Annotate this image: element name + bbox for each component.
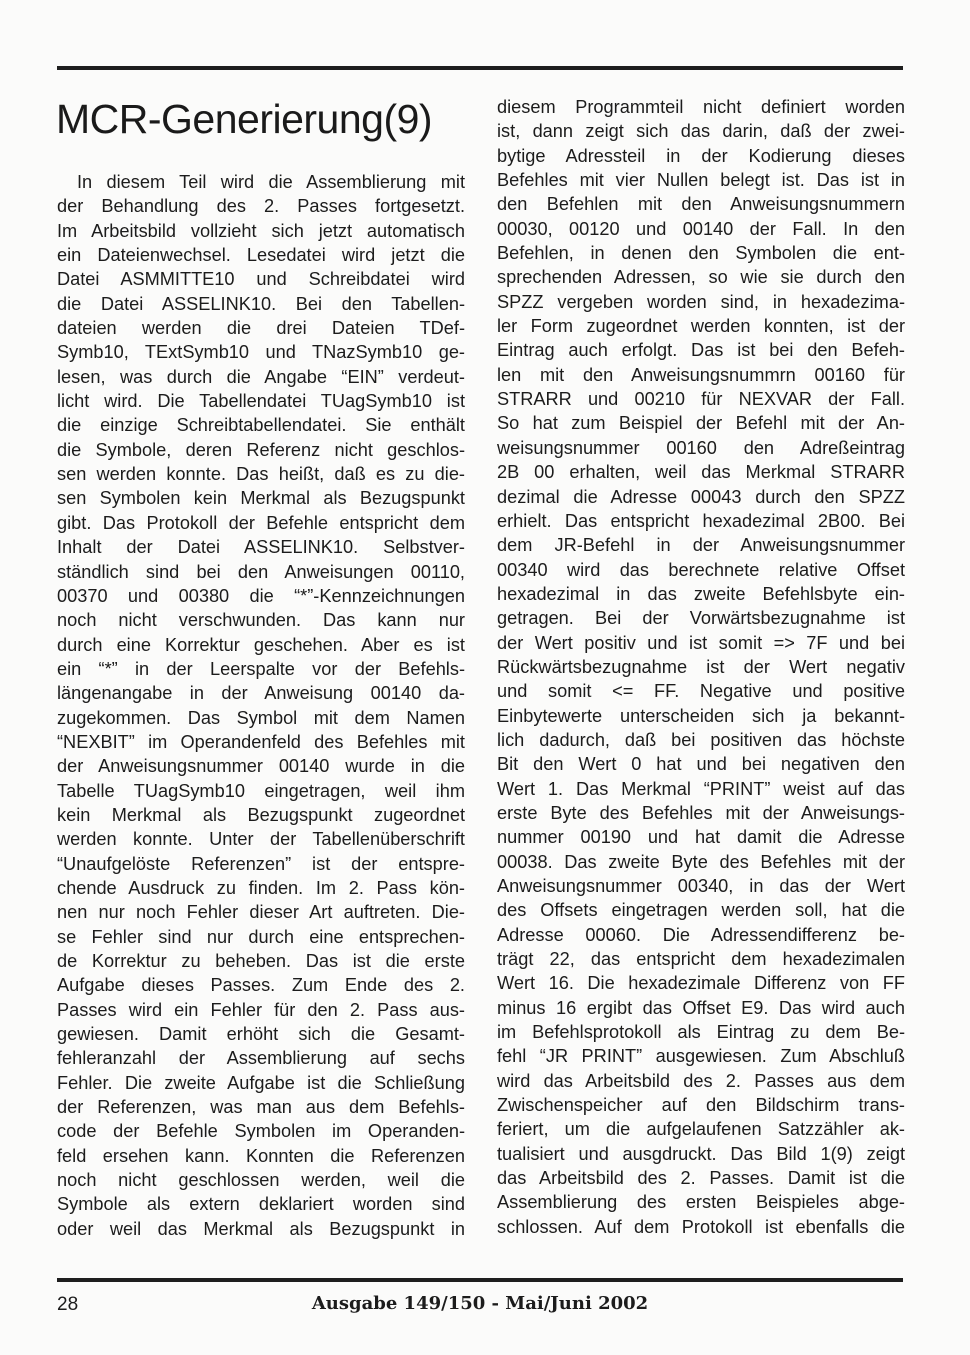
text-line: weisungsnummer 00160 den Adreßeintrag — [497, 436, 905, 460]
text-line: licht wird. Die Tabellendatei TUagSymb10… — [57, 389, 465, 413]
text-line: der Wert positiv und ist somit => 7F und… — [497, 631, 905, 655]
text-line: feld ersehen kann. Konnten die Referenze… — [57, 1144, 465, 1168]
text-line: dateien werden die drei Dateien TDef- — [57, 316, 465, 340]
text-line: 00030, 00120 und 00140 der Fall. In den — [497, 217, 905, 241]
text-line: kein Merkmal als Bezugspunkt zugeordnet — [57, 803, 465, 827]
text-line: Symbole als extern deklariert worden sin… — [57, 1192, 465, 1216]
text-line: Eintrag auch erfolgt. Das ist bei den Be… — [497, 338, 905, 362]
text-line: dezimal die Adresse 00043 durch den SPZZ — [497, 485, 905, 509]
text-line: ler Form zugeordnet werden konnten, ist … — [497, 314, 905, 338]
text-line: durch eine Korrektur geschehen. Aber es … — [57, 633, 465, 657]
text-line: die einzige Schreibtabellendatei. Sie en… — [57, 413, 465, 437]
article-title: MCR-Generierung(9) — [56, 94, 432, 144]
footer-rule — [57, 1278, 903, 1282]
text-line: lesen, was durch die Angabe “EIN” verdeu… — [57, 365, 465, 389]
text-line: die Datei ASSELINK10. Bei den Tabellen- — [57, 292, 465, 316]
text-line: lich dadurch, daß bei positiven das höch… — [497, 728, 905, 752]
text-line: len mit den Anweisungsnummrn 00160 für — [497, 363, 905, 387]
text-line: Anweisungsnummer 00340, in das der Wert — [497, 874, 905, 898]
text-line: Wert 16. Die hexadezimale Differenz von … — [497, 971, 905, 995]
text-line: ist, dann zeigt sich das darin, daß der … — [497, 119, 905, 143]
text-line: feriert, um die aufgelaufenen Satzzähler… — [497, 1117, 905, 1141]
text-line: SPZZ vergeben worden sind, in hexadezima… — [497, 290, 905, 314]
text-line: diesem Programmteil nicht definiert word… — [497, 95, 905, 119]
text-line: 00038. Das zweite Byte des Befehles mit … — [497, 850, 905, 874]
text-line: Rückwärtsbezugnahme ist der Wert negativ — [497, 655, 905, 679]
text-line: “Unaufgelöste Referenzen” ist der entspr… — [57, 852, 465, 876]
text-line: 00370 und 00380 die “*”-Kennzeichnungen — [57, 584, 465, 608]
text-line: Assemblierung des ersten Beispieles abge… — [497, 1190, 905, 1214]
text-line: Fehler. Die zweite Aufgabe ist die Schli… — [57, 1071, 465, 1095]
text-line: hexadezimal in das zweite Befehlsbyte ei… — [497, 582, 905, 606]
text-line: schlossen. Auf dem Protokoll ist ebenfal… — [497, 1215, 905, 1239]
text-line: das Arbeitsbild des 2. Passes. Damit ist… — [497, 1166, 905, 1190]
text-line: sen werden konnte. Das heißt, daß es zu … — [57, 462, 465, 486]
text-line: fehleranzahl der Assemblierung auf sechs — [57, 1046, 465, 1070]
text-line: wird das Arbeitsbild des 2. Passes aus d… — [497, 1069, 905, 1093]
text-line: Symb10, TExtSymb10 und TNazSymb10 ge- — [57, 340, 465, 364]
text-line: Passes wird ein Fehler für den 2. Pass a… — [57, 998, 465, 1022]
text-line: code der Befehle Symbolen im Operanden- — [57, 1119, 465, 1143]
text-line: Im Arbeitsbild vollzieht sich jetzt auto… — [57, 219, 465, 243]
text-line: noch nicht verschwunden. Das kann nur — [57, 608, 465, 632]
left-column: In diesem Teil wird die Assemblierung mi… — [57, 170, 465, 1241]
text-line: Aufgabe dieses Passes. Zum Ende des 2. — [57, 973, 465, 997]
text-line: Befehlen, in denen den Symbolen die ent- — [497, 241, 905, 265]
issue-label: Ausgabe 149/150 - Mai/Juni 2002 — [290, 1292, 670, 1316]
text-line: getragen. Bei der Vorwärtsbezugnahme ist — [497, 606, 905, 630]
text-line: fehl “JR PRINT” ausgewiesen. Zum Abschlu… — [497, 1044, 905, 1068]
text-line: gewiesen. Damit erhöht sich die Gesamt- — [57, 1022, 465, 1046]
text-line: chende Ausdruck zu finden. Im 2. Pass kö… — [57, 876, 465, 900]
text-line: die Symbole, deren Referenz nicht geschl… — [57, 438, 465, 462]
text-line: Tabelle TUagSymb10 eingetragen, weil ihm — [57, 779, 465, 803]
text-line: im Befehlsprotokoll als Eintrag zu dem B… — [497, 1020, 905, 1044]
text-line: ein “*” in der Leerspalte vor der Befehl… — [57, 657, 465, 681]
text-line: trägt 22, das entspricht dem hexadezimal… — [497, 947, 905, 971]
text-line: “NEXBIT” im Operandenfeld des Befehles m… — [57, 730, 465, 754]
text-line: erhielt. Das entspricht hexadezimal 2B00… — [497, 509, 905, 533]
text-line: ein Dateienwechsel. Lesedatei wird jetzt… — [57, 243, 465, 267]
text-line: se Fehler sind nur durch eine entspreche… — [57, 925, 465, 949]
text-line: noch nicht geschlossen werden, weil die — [57, 1168, 465, 1192]
text-line: 00340 wird das berechnete relative Offse… — [497, 558, 905, 582]
text-line: So hat zum Beispiel der Befehl mit der A… — [497, 411, 905, 435]
text-line: In diesem Teil wird die Assemblierung mi… — [57, 170, 465, 194]
header-rule — [57, 66, 903, 70]
text-line: sen Symbolen kein Merkmal als Bezugspunk… — [57, 486, 465, 510]
text-line: dem JR-Befehl in der Anweisungsnummer — [497, 533, 905, 557]
text-line: Befehles mit vier Nullen belegt ist. Das… — [497, 168, 905, 192]
page-number: 28 — [57, 1293, 78, 1317]
text-line: der Referenzen, was man aus dem Befehls- — [57, 1095, 465, 1119]
text-line: gibt. Das Protokoll der Befehle entspric… — [57, 511, 465, 535]
text-line: oder weil das Merkmal als Bezugspunkt in — [57, 1217, 465, 1241]
text-line: der Behandlung des 2. Passes fortgesetzt… — [57, 194, 465, 218]
text-line: ständlich sind bei den Anweisungen 00110… — [57, 560, 465, 584]
text-line: der Anweisungsnummer 00140 wurde in die — [57, 754, 465, 778]
text-line: des Offsets eingetragen werden soll, hat… — [497, 898, 905, 922]
text-line: den Befehlen mit den Anweisungsnummern — [497, 192, 905, 216]
text-line: nen nur noch Fehler dieser Art auftreten… — [57, 900, 465, 924]
text-line: minus 16 ergibt das Offset E9. Das wird … — [497, 996, 905, 1020]
text-line: sprechenden Adressen, so wie sie durch d… — [497, 265, 905, 289]
text-line: Zwischenspeicher auf den Bildschirm tran… — [497, 1093, 905, 1117]
text-line: bytige Adressteil in der Kodierung diese… — [497, 144, 905, 168]
text-line: und somit <= FF. Negative und positive — [497, 679, 905, 703]
text-line: Bit den Wert 0 hat und bei negativen den — [497, 752, 905, 776]
text-line: de Korrektur zu beheben. Das ist die ers… — [57, 949, 465, 973]
text-line: Adresse 00060. Die Adressendifferenz be- — [497, 923, 905, 947]
text-line: erste Byte des Befehles mit der Anweisun… — [497, 801, 905, 825]
text-line: Einbytewerte unterscheiden sich ja bekan… — [497, 704, 905, 728]
text-line: Wert 1. Das Merkmal “PRINT” weist auf da… — [497, 777, 905, 801]
text-line: längenangabe in der Anweisung 00140 da- — [57, 681, 465, 705]
text-line: STRARR und 00210 für NEXVAR der Fall. — [497, 387, 905, 411]
text-line: werden konnte. Unter der Tabellenübersch… — [57, 827, 465, 851]
text-line: tualisiert und ausgdruckt. Das Bild 1(9)… — [497, 1142, 905, 1166]
text-line: nummer 00190 und hat damit die Adresse — [497, 825, 905, 849]
text-line: zugekommen. Das Symbol mit dem Namen — [57, 706, 465, 730]
text-line: Datei ASMMITTE10 und Schreibdatei wird — [57, 267, 465, 291]
text-line: 2B 00 erhalten, weil das Merkmal STRARR — [497, 460, 905, 484]
right-column: diesem Programmteil nicht definiert word… — [497, 95, 905, 1239]
text-line: Inhalt der Datei ASSELINK10. Selbstver- — [57, 535, 465, 559]
